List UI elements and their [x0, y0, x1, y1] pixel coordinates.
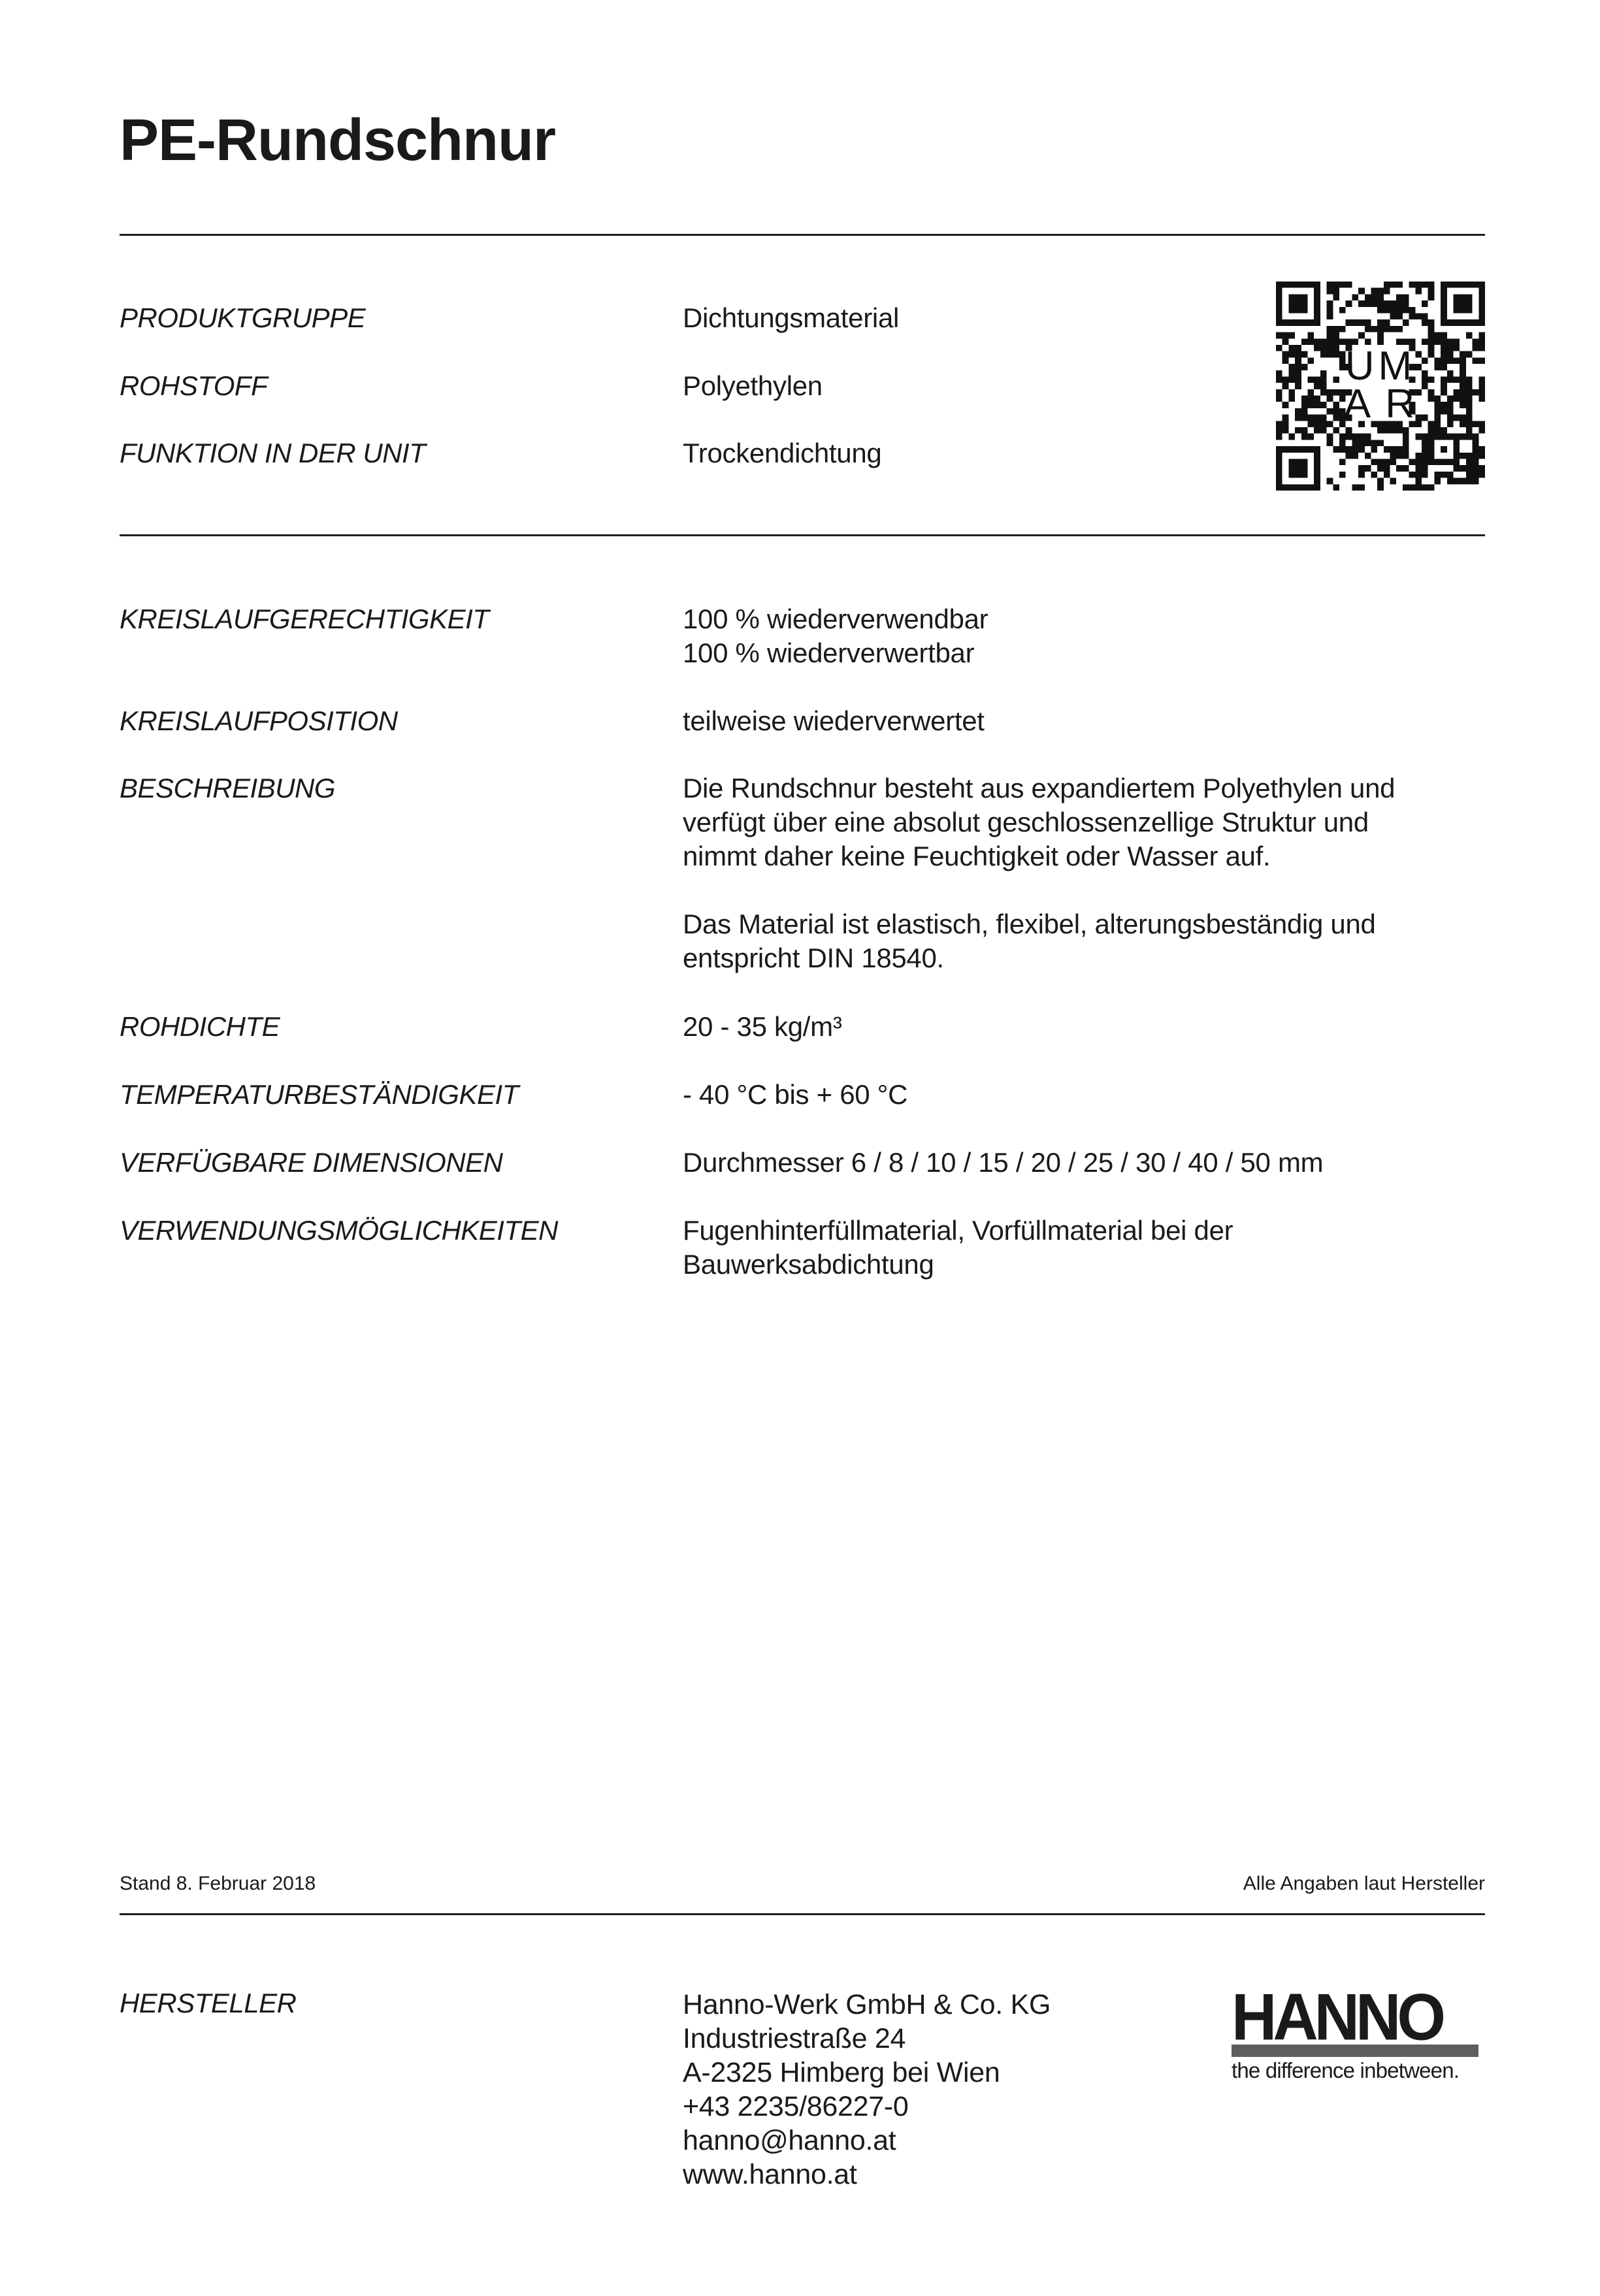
source-note: Alle Angaben laut Hersteller: [1243, 1872, 1485, 1896]
label-rohdichte: ROHDICHTE: [120, 1010, 280, 1044]
manufacturer-website[interactable]: www.hanno.at: [683, 2158, 1486, 2191]
divider: [120, 1913, 1485, 1915]
manufacturer-email[interactable]: hanno@hanno.at: [683, 2124, 1486, 2158]
label-funktion: FUNKTION IN DER UNIT: [120, 436, 425, 470]
value-kreislaufposition: teilweise wiederverwertet: [683, 704, 1486, 738]
qr-overlay-text: UM: [1276, 346, 1485, 387]
qr-code-icon[interactable]: UM AR: [1276, 281, 1485, 491]
label-kreislaufposition: KREISLAUFPOSITION: [120, 704, 398, 738]
divider: [120, 534, 1485, 536]
label-temperaturbestaendigkeit: TEMPERATURBESTÄNDIGKEIT: [120, 1078, 519, 1112]
label-produktgruppe: PRODUKTGRUPPE: [120, 301, 365, 335]
label-kreislaufgerechtigkeit: KREISLAUFGERECHTIGKEIT: [120, 602, 489, 636]
divider: [120, 234, 1485, 236]
value-beschreibung: Die Rundschnur besteht aus expandiertem …: [683, 771, 1486, 975]
value-verwendungsmoeglichkeiten: Fugenhinterfüllmaterial, Vorfüllmaterial…: [683, 1214, 1486, 1282]
manufacturer-phone[interactable]: +43 2235/86227-0: [683, 2090, 1486, 2124]
value-temperaturbestaendigkeit: - 40 °C bis + 60 °C: [683, 1078, 1486, 1112]
qr-overlay-text: AR: [1276, 384, 1485, 425]
logo-bar: [1232, 2045, 1478, 2057]
label-beschreibung: BESCHREIBUNG: [120, 771, 335, 805]
label-verwendungsmoeglichkeiten: VERWENDUNGSMÖGLICHKEITEN: [120, 1214, 558, 1248]
logo-tagline: the difference inbetween.: [1232, 2059, 1459, 2082]
logo-wordmark: HANNO: [1232, 1991, 1486, 2045]
label-rohstoff: ROHSTOFF: [120, 369, 267, 403]
page-title: PE-Rundschnur: [120, 105, 555, 176]
hanno-logo: HANNO the difference inbetween.: [1232, 1991, 1486, 2082]
value-kreislaufgerechtigkeit: 100 % wiederverwendbar 100 % wiederverwe…: [683, 602, 1486, 670]
date-note: Stand 8. Februar 2018: [120, 1872, 316, 1896]
value-verfuegbare-dimensionen: Durchmesser 6 / 8 / 10 / 15 / 20 / 25 / …: [683, 1146, 1486, 1180]
label-hersteller: HERSTELLER: [120, 1986, 296, 2020]
label-verfuegbare-dimensionen: VERFÜGBARE DIMENSIONEN: [120, 1146, 502, 1180]
value-rohdichte: 20 - 35 kg/m³: [683, 1010, 1486, 1044]
